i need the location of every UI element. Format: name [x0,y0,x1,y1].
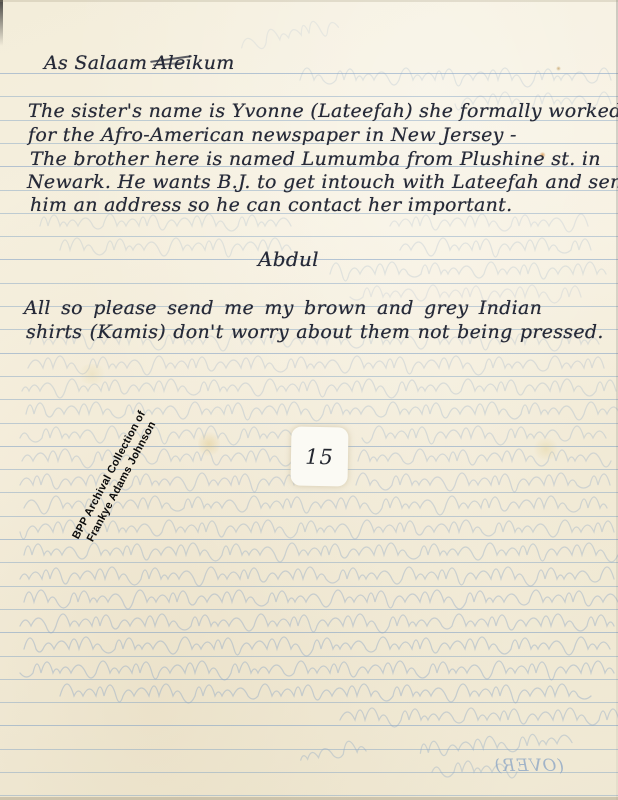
bleedthrough-script-line [340,704,612,730]
bleedthrough-script-line [358,445,606,471]
letter-body-line-1: The sister's name is Yvonne (Lateefah) s… [28,100,618,122]
paper-edge-left [0,0,3,46]
letter-page: (OVER) As Salaam Aleikum The sister's na… [0,0,618,800]
bleedthrough-over-text: (OVER) [468,756,564,776]
page-number-sticker: 15 [290,427,348,487]
bleedthrough-script-line [24,633,606,659]
letter-body-line-5: him an address so he can contact her imp… [30,194,512,216]
bleedthrough-script-line [24,586,606,612]
letter-body-line-2: for the Afro-American newspaper in New J… [28,124,517,146]
bleedthrough-script-line [298,736,361,770]
bleedthrough-script-line [22,445,284,471]
paper-edge-top [0,0,618,2]
letter-ps-line-2: shirts (Kamis) don't worry about them no… [26,321,604,343]
bleedthrough-script-line [238,12,336,57]
bleedthrough-script-line [400,234,590,260]
letter-body-line-3: The brother here is named Lumumba from P… [30,148,601,170]
letter-signature: Abdul [258,247,319,271]
bleedthrough-script-line [60,680,580,706]
letter-ps-line-1: All so please send me my brown and grey … [24,297,542,319]
bleedthrough-script-line [60,234,290,260]
bleedthrough-script-line [300,64,600,90]
letter-greeting: As Salaam Aleikum [44,52,235,74]
bleedthrough-script-line [24,539,606,565]
letter-body-line-4: Newark. He wants B.J. to get intouch wit… [27,171,618,193]
page-number: 15 [305,444,334,468]
bleedthrough-script-line [26,398,611,424]
